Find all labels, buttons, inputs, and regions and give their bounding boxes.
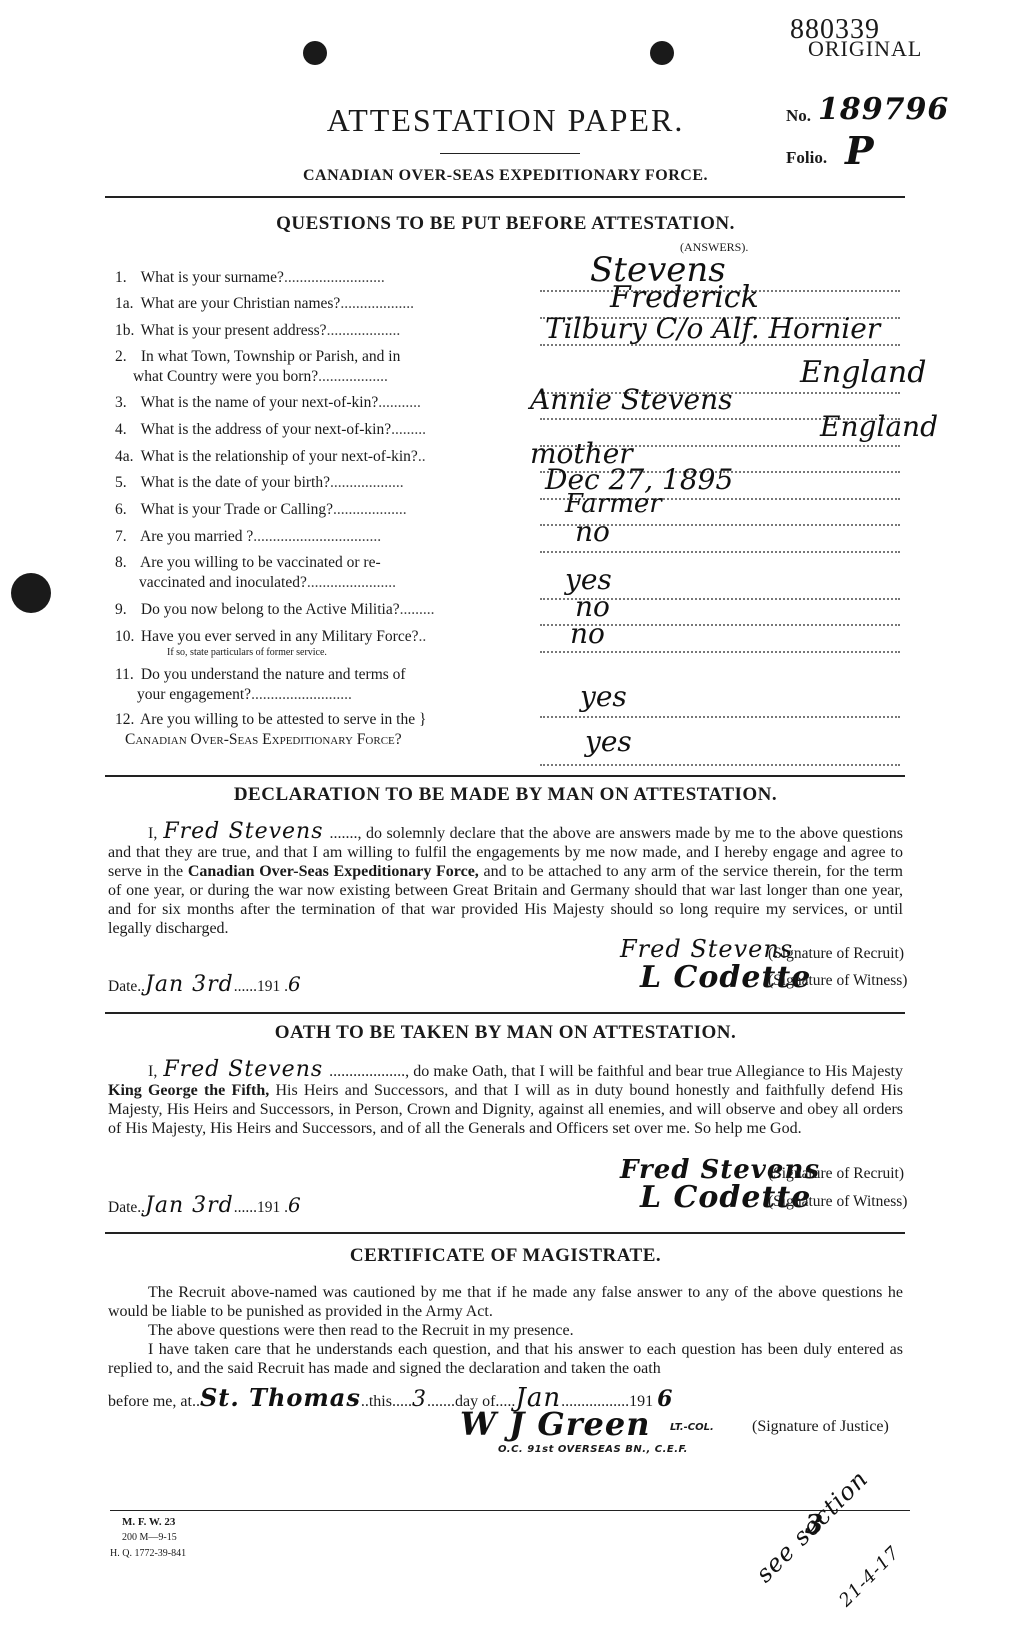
question-2: 2. In what Town, Township or Parish, and… — [115, 347, 497, 387]
answer-line — [540, 764, 900, 766]
answer-line — [540, 651, 900, 653]
margin-note: see section — [750, 1465, 873, 1588]
answer-christian-names: Frederick — [610, 280, 759, 315]
question-8: 8. Are you willing to be vaccinated or r… — [115, 553, 497, 593]
oath-heading: OATH TO BE TAKEN BY MAN ON ATTESTATION. — [0, 1022, 1011, 1044]
section-divider — [105, 1012, 905, 1014]
question-3: 3. What is the name of your next-of-kin?… — [115, 393, 497, 413]
answer-understand-terms: yes — [580, 680, 627, 713]
punch-hole — [303, 41, 327, 65]
answer-present-address: Tilbury C/o Alf. Hornier — [545, 312, 880, 345]
justice-rank: LT.-COL. — [670, 1422, 714, 1433]
question-7: 7. Are you married ?....................… — [115, 527, 497, 547]
answer-next-of-kin-name: Annie Stevens — [530, 383, 733, 416]
certificate-para-2: The above questions were then read to th… — [108, 1321, 903, 1340]
oath-date-label: Date..Jan 3rd......191 .6 — [108, 1193, 302, 1218]
declaration-text: I,Fred Stevens......., do solemnly decla… — [108, 822, 903, 938]
declaration-witness-sig-label: (Signature of Witness) — [768, 972, 907, 990]
justice-sig-label: (Signature of Justice) — [752, 1418, 889, 1436]
question-6: 6. What is your Trade or Calling?.......… — [115, 500, 497, 520]
oath-text: I,Fred Stevens..................., do ma… — [108, 1060, 903, 1138]
footer-divider — [110, 1510, 910, 1511]
oath-name-signed: Fred Stevens — [157, 1057, 329, 1082]
answer-next-of-kin-address: England — [820, 410, 938, 443]
declaration-heading: DECLARATION TO BE MADE BY MAN ON ATTESTA… — [0, 784, 1011, 806]
header-divider — [105, 196, 905, 198]
question-1b: 1b. What is your present address?.......… — [115, 321, 497, 341]
no-value: 189796 — [818, 92, 949, 127]
question-11: 11. Do you understand the nature and ter… — [115, 665, 497, 705]
punch-hole — [11, 573, 51, 613]
question-1: 1. What is your surname?................… — [115, 268, 497, 288]
question-1a: 1a. What are your Christian names?......… — [115, 294, 497, 314]
question-9: 9. Do you now belong to the Active Milit… — [115, 600, 497, 620]
margin-date: 21-4-17 — [835, 1542, 904, 1611]
certificate-para-1: The Recruit above-named was cautioned by… — [108, 1283, 903, 1321]
folio-value: P — [845, 128, 875, 173]
title-divider — [440, 153, 580, 154]
answer-birthplace: England — [800, 355, 926, 390]
section-divider — [105, 775, 905, 777]
question-12: 12. Are you willing to be attested to se… — [115, 710, 497, 750]
question-4a: 4a. What is the relationship of your nex… — [115, 447, 497, 467]
folio-label: Folio. — [786, 148, 827, 168]
print-run: 200 M—9-15 — [122, 1532, 177, 1543]
question-5: 5. What is the date of your birth?......… — [115, 473, 497, 493]
punch-hole — [650, 41, 674, 65]
answer-line — [540, 716, 900, 718]
oath-witness-sig-label: (Signature of Witness) — [768, 1193, 907, 1211]
answer-married: no — [575, 515, 610, 548]
answer-willing-to-serve: yes — [585, 725, 632, 758]
questions-heading: QUESTIONS TO BE PUT BEFORE ATTESTATION. — [0, 213, 1011, 235]
section-divider — [105, 1232, 905, 1234]
justice-signature: W J Green — [460, 1405, 651, 1443]
declaration-date-label: Date..Jan 3rd......191 .6 — [108, 972, 302, 997]
justice-unit: O.C. 91st OVERSEAS BN., C.E.F. — [498, 1444, 688, 1455]
no-label: No. — [786, 106, 811, 126]
answer-military-force: no — [570, 617, 605, 650]
answer-line — [540, 551, 900, 553]
hq-code: H. Q. 1772-39-841 — [110, 1548, 186, 1559]
certificate-para-3: I have taken care that he understands ea… — [108, 1340, 903, 1378]
certificate-heading: CERTIFICATE OF MAGISTRATE. — [0, 1245, 1011, 1267]
question-4: 4. What is the address of your next-of-k… — [115, 420, 497, 440]
question-10: 10. Have you ever served in any Military… — [115, 627, 497, 658]
declaration-name-signed: Fred Stevens — [157, 819, 329, 844]
stamp-original: ORIGINAL — [808, 36, 922, 62]
form-code: M. F. W. 23 — [122, 1516, 175, 1528]
